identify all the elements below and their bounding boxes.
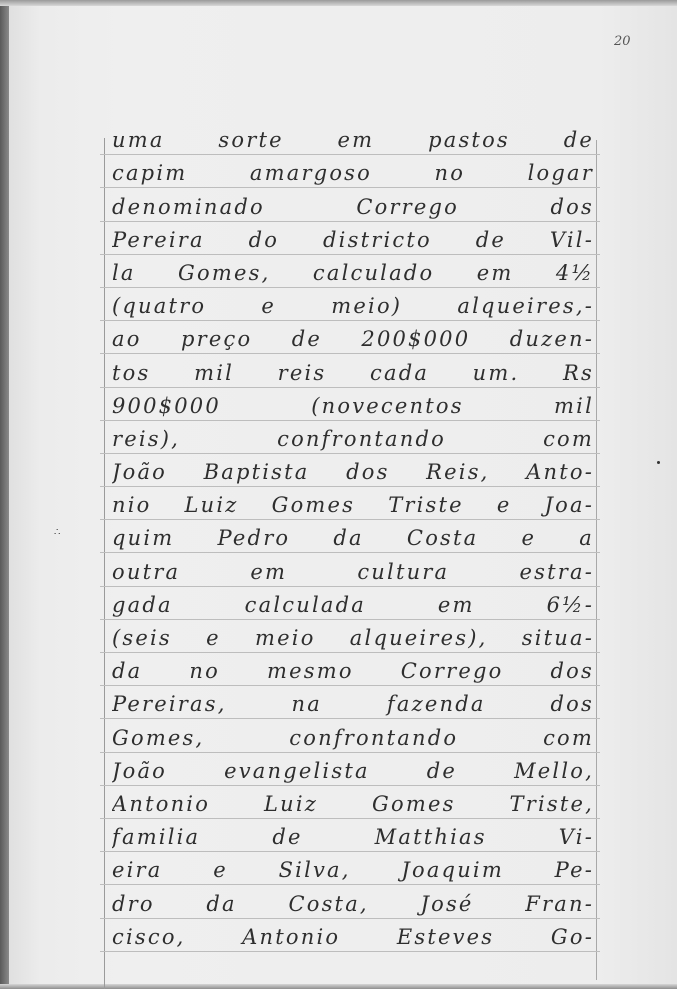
text-line: (seis e meio alqueires), situa-: [100, 620, 600, 653]
text-line: 900$000 (novecentos mil: [100, 388, 600, 421]
text-line: quim Pedro da Costa e a: [100, 520, 600, 553]
margin-mark: ∴: [54, 527, 60, 538]
text-line: da no mesmo Corrego dos: [100, 653, 600, 686]
handwritten-text-block: uma sorte em pastos de capim amargoso no…: [100, 122, 600, 952]
text-line: Pereiras, na fazenda dos: [100, 686, 600, 719]
text-line: Gomes, confrontando com: [100, 719, 600, 752]
text-line: familia de Matthias Vi-: [100, 819, 600, 852]
text-line: eira e Silva, Joaquim Pe-: [100, 852, 600, 885]
text-line: reis), confrontando com: [100, 421, 600, 454]
text-line: capim amargoso no logar: [100, 155, 600, 188]
page-number: 20: [614, 34, 631, 49]
text-line: gada calculada em 6½-: [100, 587, 600, 620]
text-line: tos mil reis cada um. Rs: [100, 354, 600, 387]
text-line: outra em cultura estra-: [100, 553, 600, 586]
text-line: la Gomes, calculado em 4½: [100, 255, 600, 288]
text-line: (quatro e meio) alqueires,-: [100, 288, 600, 321]
text-line: dro da Costa, José Fran-: [100, 885, 600, 918]
text-line: Antonio Luiz Gomes Triste,: [100, 786, 600, 819]
text-line: nio Luiz Gomes Triste e Joa-: [100, 487, 600, 520]
book-binding-edge: [0, 0, 9, 989]
text-line: João Baptista dos Reis, Anto-: [100, 454, 600, 487]
page-bottom-edge: [0, 984, 677, 989]
text-line: cisco, Antonio Esteves Go-: [100, 919, 600, 952]
page-top-edge: [0, 0, 677, 6]
text-line: denominado Corrego dos: [100, 188, 600, 221]
ink-spot: [657, 461, 660, 464]
text-line: ao preço de 200$000 duzen-: [100, 321, 600, 354]
text-line: João evangelista de Mello,: [100, 753, 600, 786]
text-line: uma sorte em pastos de: [100, 122, 600, 155]
manuscript-page: 20 ∴ uma sorte em pastos de capim amargo…: [0, 0, 677, 989]
text-line: Pereira do districto de Vil-: [100, 222, 600, 255]
